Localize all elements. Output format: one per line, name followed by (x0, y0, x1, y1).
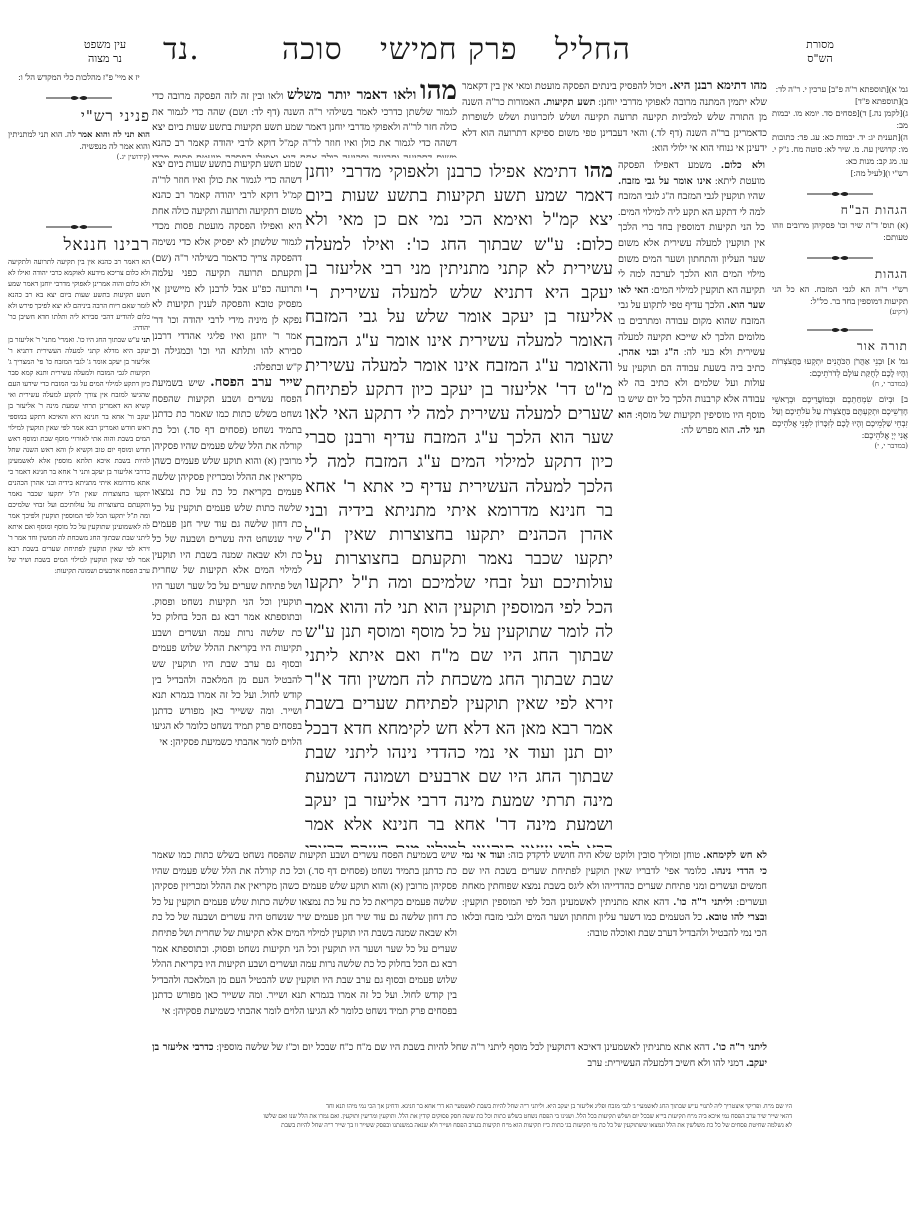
rashi-dibbur-8: לא חש לקימחא. (703, 850, 767, 861)
torah-or-title: תורה אור (772, 338, 908, 354)
penini-rashi-dibbur: הוא תני לה והוא אמר (78, 129, 150, 139)
tosafot-dibbur-2: שייר ערב הפסח. (210, 375, 302, 390)
rashi-dibbur-6: ה"ג ובני אהרן. (618, 347, 679, 358)
hagahot-text: רש"י ד"ה הא לגבי המזבח. הא כל הני תקיעות… (772, 284, 908, 308)
rashi-text-7: הוא מפרש לה: (681, 425, 734, 436)
rabbeinu-chananel-text-2: תני ע"ש שבתוך החג היו כו'. ואמרי' מתני' … (8, 334, 150, 577)
tosafot-top-span: מהו ולאו דאמר יותר משלש ולאו ובין זה לזה… (152, 78, 457, 158)
rashi-dibbur-11: ובצרי להו טובא. (705, 912, 767, 923)
masoret-entry: ה)[תענית יג: יד. יבמות כא: עג. פד: כתובו… (772, 132, 908, 168)
rashi-dibbur-10: וליתני ר"ה כו'. (673, 897, 732, 908)
rabbeinu-chananel-body: ע"ש שבתוך החג היו כו'. ואמרי' מתני' ר' א… (8, 336, 150, 575)
rashi-top-paragraph: מהו דתימא רבנן היא. ויכול להפסיק בינתים … (462, 78, 767, 157)
rashi-text-10: דהא אתא מתניתין לאשמעינן הכל לפי המוספין… (462, 897, 669, 908)
bottom-notes: היו שם מ"ח. ופריקו' איצטריך ליה לתנוי' ע… (42, 1102, 792, 1134)
torah-or-entry-2: ב] וּבְיוֹם שִׂמְחַתְכֶם וּבְמוֹעֲדֵיכֶם… (772, 394, 908, 442)
masoret-title-line-2: הש"ס (785, 52, 855, 66)
tosafot-bottom-paragraph: שיש בשמיעת הפסח עשרים ושבע תקיעות שהפסח … (152, 848, 457, 1020)
hagahot-habach-text: (א) תוס' ד"ה שיר וכו' פסקיהן מרובים וזהו… (772, 220, 908, 244)
rashi-text-13: דמני להו ולא חשיב דלמעלה העשירית: ערב (587, 1058, 743, 1069)
masoret-entry: ג)[לקמן נה.] ד)[פסחים סד. יומא מו. יבמות… (772, 108, 908, 132)
gemara-main-text: מהו דתימא אפילו כרבנן ולאפוקי מדרבי יוחנ… (305, 158, 613, 848)
rabbeinu-chananel-dibbur: תני (142, 335, 150, 344)
masoret-title-line-1: מסורת (785, 38, 855, 52)
rashi-top-span: מהו דתימא רבנן היא. ויכול להפסיק בינתים … (462, 78, 767, 158)
torah-or-entry-1: גמ' א] וּבְנֵי אַהֲרֹן הַכֹּהֲנִים יִתְק… (772, 356, 908, 380)
rabbeinu-chananel-title: רבינו חננאל (8, 235, 150, 255)
bottom-note-line-3: לא נשלמה שחיטת פסחים של כל כת משלשין את … (42, 1121, 792, 1131)
tosafot-bottom-block: שיש בשמיעת הפסח עשרים ושבע תקיעות שהפסח … (152, 848, 457, 1038)
rashi-paragraph: ולא כלום. משמע דאפילו הפסקה מועטת ליתא: … (618, 158, 765, 439)
ein-mishpat-entry: יז א מיי' פ"ז מהלכות כלי המקדש הל' ו: (8, 72, 150, 84)
rashi-text-8: טוחן ומוליך סובין ולוקט שלא היה חושש לדק… (508, 850, 700, 861)
flourish-divider-icon (805, 254, 875, 262)
masoret-entry: רש"י ו)[לעיל מה:] (772, 168, 908, 180)
hagahot-source: (רקיע) (772, 308, 908, 316)
rashi-bottom-block: לא חש לקימחא. טוחן ומוליך סובין ולוקט של… (462, 848, 767, 1038)
tosafot-top-dibbur: ולאו דאמר יותר משלש (287, 87, 416, 103)
right-margin: גמ' א)[תוספתא ר"ה פ"ב] ערכין י. ר"ה לד: … (772, 84, 908, 784)
rashi-dibbur-12: ליתני ר"ה כו'. (712, 1042, 767, 1053)
torah-or-source-1: (במדבר י, ח) (772, 380, 908, 388)
tosafot-text-2: שיש בשמיעת הפסח עשרים ושבע תקיעות שהפסח … (152, 378, 302, 748)
rashi-text-4: שהיו תוקעין לגבי המזבח ה"ג לגבי המזבח למ… (618, 191, 765, 296)
rashi-full-width-bottom: ליתני ר"ה כו'. דהא אתא מתניתין לאשמעינן … (152, 1040, 767, 1102)
bottom-note-line-1: היו שם מ"ח. ופריקו' איצטריך ליה לתנוי' ע… (42, 1102, 792, 1112)
tosafot-paragraph-2: שייר ערב הפסח. שיש בשמיעת הפסח עשרים ושב… (152, 375, 302, 750)
tosafot-column: ולאו דאמר יותר משלש ולאו ובין זה לזה הפס… (152, 78, 302, 768)
hagahot-habach-title: הגהות הב"ח (772, 202, 908, 218)
gemara-opening-word: מהו (585, 158, 613, 182)
gemara-body: דתימא אפילו כרבנן ולאפוקי מדרבי יוחנן דא… (305, 162, 613, 848)
tosafot-top-paragraph: מהו ולאו דאמר יותר משלש ולאו ובין זה לזה… (152, 78, 457, 158)
masoret-hashas-entries: גמ' א)[תוספתא ר"ה פ"ב] ערכין י. ר"ה לד: … (772, 84, 908, 180)
ein-mishpat-title-line-2: נר מצוה (60, 52, 150, 66)
penini-rashi-source: (קידושין יג.) (8, 153, 150, 161)
penini-rashi-title: פניני רש"י (8, 106, 150, 126)
bottom-note-line-2: דהאי שייר שיר ערב הפסח נמי איכא ביה מ"ח … (42, 1112, 792, 1122)
rashi-text-12: דהא אתא מתניתין לאשמעינן דאיכא דתוקעין ל… (216, 1042, 709, 1053)
rashi-text-6: כתיב ביה בשעת עבודה הם תוקעין על עולות ו… (618, 363, 765, 421)
ein-mishpat-title-line-1: עין משפט (60, 38, 150, 52)
masoret-hashas-header: מסורת הש"ס (785, 38, 855, 66)
rashi-dibbur-3: ולא כלום. (721, 160, 765, 171)
rashi-column: ולא כלום. משמע דאפילו הפסקה מועטת ליתא: … (618, 158, 765, 848)
torah-or-source-2: (במדבר י, י) (772, 442, 908, 450)
flourish-divider-icon (44, 223, 114, 231)
rabbeinu-chananel-text-1: הא דאמר רב כהנא אין בין תקיעה לתרועה ולת… (8, 257, 150, 334)
rashi-bottom-paragraph: לא חש לקימחא. טוחן ומוליך סובין ולוקט של… (462, 848, 767, 942)
folio-number: נד. (163, 30, 200, 70)
flourish-divider-icon (44, 94, 114, 102)
rashi-dibbur-1: מהו דתימא רבנן היא. (669, 78, 767, 92)
hagahot-title: הגהות (772, 266, 908, 282)
rashi-full-width-paragraph: ליתני ר"ה כו'. דהא אתא מתניתין לאשמעינן … (152, 1040, 767, 1071)
left-margin: יז א מיי' פ"ז מהלכות כלי המקדש הל' ו: פנ… (8, 72, 150, 1092)
flourish-divider-icon (805, 190, 875, 198)
gemara-paragraph: מהו דתימא אפילו כרבנן ולאפוקי מדרבי יוחנ… (305, 158, 613, 848)
chapter-name: החליל (555, 30, 631, 70)
rashi-dibbur-2: תשע תקיעות. (543, 97, 596, 108)
rashi-dibbur-4: אינו אומר על גבי מזבח. (618, 176, 711, 187)
tosafot-opening-word: מהו (420, 78, 457, 105)
tractate-name: סוכה (282, 30, 343, 70)
penini-rashi-text: הוא תני לה והוא אמר לה. הוא תני למתניתין… (8, 128, 150, 153)
masoret-entry: ב)[תוספתא פ"ד] (772, 96, 908, 108)
ein-mishpat-header: עין משפט נר מצוה (60, 38, 150, 66)
chapter-number: פרק חמישי (380, 30, 518, 70)
flourish-divider-icon (805, 326, 875, 334)
talmud-page: מסורת הש"ס החליל פרק חמישי סוכה נד. עין … (0, 0, 914, 1213)
masoret-entry: גמ' א)[תוספתא ר"ה פ"ב] ערכין י. ר"ה לד: (772, 84, 908, 96)
